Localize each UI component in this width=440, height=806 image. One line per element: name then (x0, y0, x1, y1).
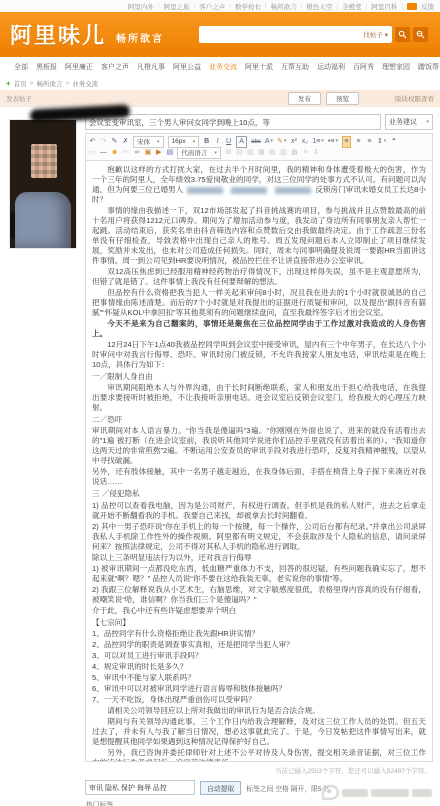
hr-icon[interactable]: — (100, 148, 107, 158)
post-paragraph: 12月24日下午1点40我被品控同学叫到会议室中接受审讯，屋内有三个中年男子，在… (92, 340, 426, 370)
post-heading: 一／限制人身自由 (92, 372, 426, 382)
post-paragraph: 事情的缘由我描述一下，双12市场部发起了抖音挑战赛的项目，参与挑战并且点赞数最高… (92, 206, 426, 266)
bold-button[interactable]: B (203, 137, 210, 147)
post-paragraph: 抱歉以这样的方式打扰大家，在过去半个月时间里，我的精神和身体遭受着极大的伤害，作… (92, 165, 426, 205)
board-nav: 全部黑板报阿里廉正客户之声凡橙凡事阿里公益业务交流阿里十派互帮互助运动福利百阿秀… (0, 57, 440, 77)
chevron-down-icon: ▾ (384, 139, 387, 144)
clear-format-icon[interactable]: ✗ (122, 137, 129, 147)
top-link[interactable]: 阿里之旅 (164, 2, 190, 11)
breadcrumb: + 首页>畅所欲言>业务交流 (0, 77, 440, 90)
bg-color-button[interactable]: A (236, 136, 247, 148)
watermark-blur-text (412, 789, 432, 797)
post-paragraph: 7、一天不吃饭，身体出现严重创伤可以受审吗？ (92, 695, 426, 705)
screenshot-icon[interactable]: ✄ (122, 148, 129, 158)
redacted-name (231, 187, 267, 194)
board-permission-link[interactable]: 版块权限查看 (395, 94, 434, 103)
post-paragraph: 另外，还有肢体接触，其中一名男子越走越近，在我身体后面，手搭在椅背上身子探下来凑… (92, 467, 426, 487)
disabled-tool-icon[interactable]: ▧ (269, 148, 276, 158)
notification-badge (407, 3, 417, 10)
quote-button[interactable]: “ (390, 137, 397, 147)
top-link-bar: 阿里内外|阿里之旅|客户之声|数学校长|畅所欲言|橙色天空|全橙堂|阿里百科|反… (0, 0, 440, 12)
tab-active[interactable]: 业务交流 (209, 62, 237, 72)
post-heading: 【七宗问】 (92, 618, 426, 628)
post-paragraph: 5、审讯中不能与家人联系吗？ (92, 673, 426, 683)
plus-icon: + (6, 79, 11, 88)
superscript-button[interactable]: x² (290, 137, 297, 147)
photo-shirt (15, 192, 71, 248)
pixelated-face (31, 144, 57, 178)
code-icon[interactable]: ▤ (166, 148, 173, 158)
post-paragraph: 1) 被审讯期间一点都没吃东西，低血糖严重体力不支，回答的很迟疑，有些问题我确实… (92, 564, 426, 584)
chevron-down-icon: ▾ (284, 139, 287, 144)
divider: | (265, 3, 267, 10)
search-box: 找帖子▾ (199, 26, 392, 43)
top-link[interactable]: 畅所欲言 (271, 2, 297, 11)
watermark-blur-text (371, 789, 409, 797)
post-paragraph: 今天不是来为自己翻案的，事情还是聚焦在三位品控同学由于工作过激对我造成的人身伤害… (92, 319, 426, 339)
emoji-icon[interactable]: ☻ (111, 148, 118, 158)
post-paragraph: 审讯期间对本人语言暴力。“你当我是傻逼吗”3遍。“你刚刚在外面也说了，进来的就没… (92, 426, 426, 466)
post-form: 业务建议 ▾ ↶↷✎✗宋体▾16px▾BIUAabcA▾✎▾x²x₂1≡▾•≡▾… (83, 114, 437, 806)
strikethrough-button[interactable]: abc (251, 137, 261, 147)
auto-extract-tags-button[interactable]: 自动提取 (200, 781, 241, 795)
search-icon (398, 30, 407, 39)
chevron-down-icon: ▾ (157, 139, 160, 145)
redo-icon[interactable]: ↷ (100, 137, 107, 147)
top-link[interactable]: 客户之声 (199, 2, 225, 11)
post-heading: 三 ／侵犯隐私 (92, 489, 426, 499)
top-link[interactable]: 全橙堂 (342, 2, 362, 11)
post-paragraph: 1、品控同学有什么资格拒绝让我先跟HR讲实情？ (92, 629, 426, 639)
chevron-down-icon: ▾ (426, 119, 429, 125)
unordered-list-button[interactable]: •≡▾ (328, 137, 338, 147)
redacted-name (275, 187, 311, 194)
main-area: 业务建议 ▾ ↶↷✎✗宋体▾16px▾BIUAabcA▾✎▾x²x₂1≡▾•≡▾… (0, 107, 440, 806)
disabled-tool-icon[interactable]: ▦ (258, 148, 265, 158)
post-title-input[interactable] (85, 114, 381, 130)
chevron-down-icon: ▾ (214, 150, 217, 156)
highlight-button[interactable]: ✎▾ (277, 137, 286, 147)
breadcrumb-link[interactable]: 畅所欲言 (36, 79, 62, 88)
site-logo: 阿里味儿 (10, 19, 106, 50)
chevron-down-icon: ▾ (335, 139, 338, 144)
underline-button[interactable]: U (225, 137, 232, 147)
post-heading: 二／恐吓 (92, 415, 426, 425)
site-slogan: 畅所欲言 (116, 30, 164, 45)
top-link[interactable]: 数学校长 (235, 2, 261, 11)
tab-board[interactable]: 阿里十派 (245, 62, 273, 72)
code-language-select[interactable]: 代码语言▾ (177, 147, 221, 159)
tab-board[interactable]: 阿里廉正 (65, 62, 93, 72)
watermark-blur-text (342, 789, 368, 797)
publish-button[interactable]: 发布 (288, 92, 321, 105)
align-right-button[interactable]: ≡ (366, 137, 373, 147)
chevron-down-icon: ▾ (385, 31, 388, 39)
site-header: 阿里味儿 畅所欲言 找帖子▾ (0, 12, 440, 57)
actionbar-title: 发表帖子 (6, 94, 32, 103)
disabled-tool-icon[interactable]: ≡ (302, 148, 309, 158)
post-paragraph: 1) 品控可以查看我电脑，因为是公司财产，有权进行调查。但手机是我的私人财产，进… (92, 501, 426, 521)
divider: | (229, 3, 231, 10)
post-paragraph: 6、审讯中可以对被审讯同学进行语言侮辱和肢体接触吗？ (92, 684, 426, 694)
undo-icon[interactable]: ↶ (89, 137, 96, 147)
paste-icon[interactable]: ▭ (89, 148, 96, 158)
tab-board[interactable]: 全部 (14, 62, 28, 72)
category-select[interactable]: 业务建议 ▾ (385, 114, 433, 130)
subscript-button[interactable]: x₂ (301, 137, 308, 147)
tab-board[interactable]: 互帮互助 (281, 62, 309, 72)
disabled-tool-icon[interactable]: ▥ (247, 148, 254, 158)
tab-board[interactable]: 客户之声 (101, 62, 129, 72)
font-color-button[interactable]: A▾ (265, 137, 273, 147)
breadcrumb-link[interactable]: 首页 (14, 79, 27, 88)
divider: | (401, 3, 403, 10)
chevron-down-icon: ▾ (321, 139, 324, 144)
breadcrumb-link[interactable]: 业务交流 (72, 79, 98, 88)
align-center-button[interactable]: ≡ (355, 137, 362, 147)
search-button[interactable] (395, 27, 410, 42)
tags-input[interactable] (85, 780, 195, 795)
breadcrumb-separator: > (65, 80, 69, 87)
top-link[interactable]: 阿里内外 (128, 2, 154, 11)
weibo-eye-icon (322, 785, 339, 800)
chevron-down-icon: ▾ (193, 139, 196, 145)
breadcrumb-separator: > (30, 80, 34, 87)
post-action-bar: 发表帖子 发布 预览 版块权限查看 (0, 90, 440, 107)
table-icon[interactable]: ⊞ (225, 148, 232, 158)
tab-board[interactable]: 理想家园 (382, 62, 410, 72)
hot-tags-label: 热门标签 (85, 799, 433, 806)
post-paragraph: 但品控有什么资格把我当犯人一样关起来审问8小时，况且我在进去的1个小时就很诚恳的… (92, 288, 426, 318)
post-paragraph: 期间与有关领导沟通此事，三个工作日内给我合理解释，及对这三位工作人员的处罚。但五… (92, 717, 426, 747)
divider: | (366, 3, 368, 10)
editor-body[interactable]: 抱歉以这样的方式打扰大家，在过去半个月时间里，我的精神和身体遭受着极大的伤害，作… (85, 160, 433, 762)
chevron-down-icon: ▾ (271, 139, 274, 144)
font-family-select[interactable]: 宋体▾ (133, 136, 164, 148)
author-photo (10, 120, 76, 248)
tab-board[interactable]: 运动福利 (317, 62, 345, 72)
post-paragraph: 2) 我跟三位解释说我从小艺术生，右脑思维，对文字敏感度很低，表格里得内容真的没… (92, 585, 426, 605)
image-icon[interactable]: ▣ (144, 148, 151, 158)
top-link[interactable]: 反馈 (421, 2, 434, 11)
post-paragraph: 审讯期间阻绝本人与外界沟通，由于长时间断绝联系，家人和朋友出于担心给我电话，在我… (92, 383, 426, 413)
post-paragraph: 介于此，我心中还有些许疑虑想要弄个明白 (92, 606, 426, 616)
divider: | (158, 3, 160, 10)
post-paragraph: 4、规定审讯的时长是多久？ (92, 662, 426, 672)
tab-board[interactable]: 蹭饭帮 (418, 62, 439, 72)
post-paragraph: 双12高压焦虑到已经服用精神经药物治疗得情况下，出现这样得失误，虽不是主观意愿所… (92, 267, 426, 287)
author-column (3, 114, 83, 806)
format-painter-icon[interactable]: ✎ (111, 137, 118, 147)
tab-board[interactable]: 阿里公益 (173, 62, 201, 72)
search-scope-dropdown[interactable]: 找帖子▾ (363, 30, 388, 39)
video-icon[interactable]: ▶ (155, 148, 162, 158)
search-input[interactable] (203, 27, 363, 42)
disabled-tool-icon[interactable]: ▩ (291, 148, 298, 158)
post-paragraph: 2) 其中一男子恐吓说“你在手机上的每一个按键，每一个操作，公司后台都有纪录。”… (92, 522, 426, 552)
tab-board[interactable]: 凡橙凡事 (137, 62, 165, 72)
post-paragraph: 2、品控同学的职责是调查事实真相，还是把同学当犯人审？ (92, 640, 426, 650)
divider: | (336, 3, 338, 10)
post-paragraph: 另外，我已咨询并委托律师针对上述不公平对待及人身伤害，提交相关录音证据，对三位工… (92, 748, 426, 762)
tab-board[interactable]: 百阿秀 (353, 62, 374, 72)
italic-button[interactable]: I (214, 137, 221, 147)
top-link[interactable]: 阿里百科 (371, 2, 397, 11)
divider: | (301, 3, 303, 10)
line-spacing-button[interactable]: ⇕▾ (377, 137, 386, 147)
post-paragraph: 3、可以对员工进行审讯手段吗？ (92, 651, 426, 661)
link-icon[interactable]: ∞ (133, 148, 140, 158)
tab-board[interactable]: 黑板报 (36, 62, 57, 72)
align-left-button[interactable]: ≡ (342, 136, 351, 148)
editor-toolbar: ↶↷✎✗宋体▾16px▾BIUAabcA▾✎▾x²x₂1≡▾•≡▾≡≡≡⇕▾“ … (85, 133, 433, 160)
ordered-list-button[interactable]: 1≡▾ (312, 137, 324, 147)
redacted-name (187, 187, 223, 194)
top-link[interactable]: 橙色天空 (306, 2, 332, 11)
advanced-search-button[interactable] (413, 27, 428, 42)
post-paragraph: 请相关公司领导回应以上所对我做出的审讯行为是否合法合规。 (92, 706, 426, 716)
post-paragraph: 除以上三条明显违法行为以外，还对我言行侮辱 (92, 553, 426, 563)
preview-button[interactable]: 预览 (326, 92, 359, 105)
category-value: 业务建议 (389, 117, 417, 127)
search-plus-icon (416, 30, 425, 39)
disabled-tool-icon[interactable]: ⇕ (313, 148, 320, 158)
disabled-tool-icon[interactable]: ▨ (280, 148, 287, 158)
char-counter: 当前已输入2503个字符，您还可以输入52497个字符。 (85, 762, 433, 777)
weibo-watermark (322, 785, 432, 800)
divider: | (194, 3, 196, 10)
disabled-tool-icon[interactable]: ▤ (236, 148, 243, 158)
